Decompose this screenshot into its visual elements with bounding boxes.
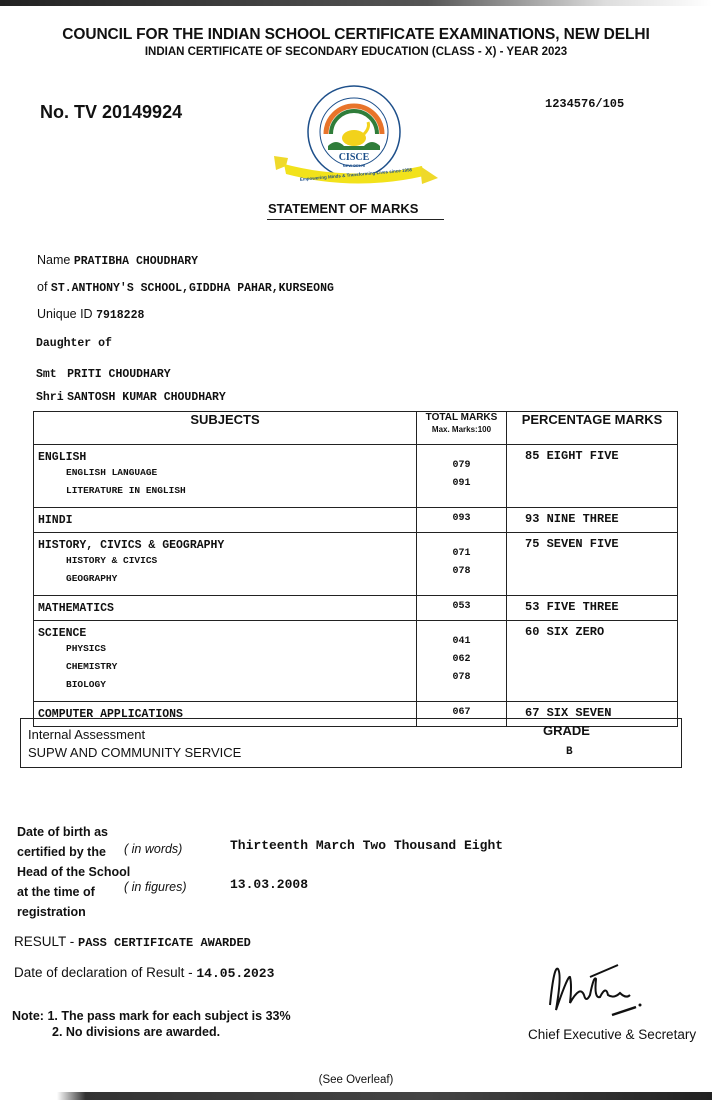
subject-marks: 093 [417,508,506,528]
dob-in-words: Thirteenth March Two Thousand Eight [230,838,503,853]
candidate-name: PRATIBHA CHOUDHARY [74,255,198,268]
council-heading: COUNCIL FOR THE INDIAN SCHOOL CERTIFICAT… [0,26,712,44]
part-marks: 091 [417,475,506,493]
exam-heading: INDIAN CERTIFICATE OF SECONDARY EDUCATIO… [0,46,712,58]
certificate-number: No. TV 20149924 [40,102,182,123]
grade-label: GRADE [543,723,590,738]
declaration-line: Date of declaration of Result - 14.05.20… [14,965,274,981]
subject-name: HINDI [34,508,416,527]
subject-name: ENGLISH [34,445,416,464]
table-row: MATHEMATICS05353 FIVE THREE [34,596,678,621]
part-marks: 071 [417,545,506,563]
percentage-marks: 53 FIVE THREE [507,596,677,614]
dob-in-figures: 13.03.2008 [230,877,308,892]
subject-name: MATHEMATICS [34,596,416,615]
scan-edge-top [0,0,712,6]
supw-grade: B [566,746,573,758]
reference-number: 1234576/105 [545,97,624,111]
marks-cell: 079091 [417,445,507,508]
father-line: Shri SANTOSH KUMAR CHOUDHARY [36,389,226,404]
school-name: ST.ANTHONY'S SCHOOL,GIDDHA PAHAR,KURSEON… [51,282,334,295]
marks-table-header: SUBJECTS TOTAL MARKS Max. Marks:100 PERC… [34,412,678,445]
title-underline [267,219,444,220]
subject-part: ENGLISH LANGUAGE [34,464,416,482]
percentage-cell: 53 FIVE THREE [507,596,678,621]
unique-id-line: Unique ID 7918228 [37,307,144,322]
subject-cell: HISTORY, CIVICS & GEOGRAPHYHISTORY & CIV… [34,533,417,596]
percentage-cell: 60 SIX ZERO [507,621,678,702]
school-line: of ST.ANTHONY'S SCHOOL,GIDDHA PAHAR,KURS… [37,280,334,295]
header-subjects: SUBJECTS [34,412,417,445]
logo-ribbon-icon: Empowering Minds & Transforming Lives si… [272,152,440,188]
percentage-marks: 85 EIGHT FIVE [507,445,677,463]
percentage-marks: 75 SEVEN FIVE [507,533,677,551]
candidate-name-line: Name PRATIBHA CHOUDHARY [37,253,198,268]
subject-name: SCIENCE [34,621,416,640]
marks-cell: 041062078 [417,621,507,702]
percentage-marks: 60 SIX ZERO [507,621,677,639]
see-overleaf: (See Overleaf) [0,1074,712,1086]
result-value: PASS CERTIFICATE AWARDED [78,936,251,950]
header-total-marks: TOTAL MARKS Max. Marks:100 [417,412,507,445]
percentage-cell: 85 EIGHT FIVE [507,445,678,508]
table-row: HINDI09393 NINE THREE [34,508,678,533]
internal-assessment-label: Internal Assessment [28,727,145,742]
subject-part: HISTORY & CIVICS [34,552,416,570]
subject-cell: SCIENCEPHYSICSCHEMISTRYBIOLOGY [34,621,417,702]
subject-cell: MATHEMATICS [34,596,417,621]
subject-part: LITERATURE IN ENGLISH [34,482,416,500]
subject-part: GEOGRAPHY [34,570,416,588]
part-marks: 062 [417,651,506,669]
signatory-title: Chief Executive & Secretary [528,1027,696,1042]
internal-assessment-box: Internal Assessment SUPW AND COMMUNITY S… [20,718,682,768]
percentage-cell: 75 SEVEN FIVE [507,533,678,596]
header-percentage: PERCENTAGE MARKS [507,412,678,445]
signature-icon [540,955,660,1025]
subject-part: BIOLOGY [34,676,416,694]
subject-part: PHYSICS [34,640,416,658]
document-title: STATEMENT OF MARKS [268,201,418,216]
percentage-cell: 93 NINE THREE [507,508,678,533]
part-marks: 078 [417,669,506,687]
marks-table: SUBJECTS TOTAL MARKS Max. Marks:100 PERC… [33,411,678,727]
marks-cell: 093 [417,508,507,533]
subject-cell: ENGLISHENGLISH LANGUAGELITERATURE IN ENG… [34,445,417,508]
dob-words-label: ( in words) [124,842,182,856]
dob-label: Date of birth as certified by the Head o… [17,822,130,922]
supw-subject: SUPW AND COMMUNITY SERVICE [28,745,241,760]
subject-marks: 053 [417,596,506,616]
dob-figures-label: ( in figures) [124,880,187,894]
part-marks: 041 [417,633,506,651]
subject-part: CHEMISTRY [34,658,416,676]
table-row: SCIENCEPHYSICSCHEMISTRYBIOLOGY0410620786… [34,621,678,702]
table-row: HISTORY, CIVICS & GEOGRAPHYHISTORY & CIV… [34,533,678,596]
mother-line: Smt PRITI CHOUDHARY [36,366,171,381]
percentage-marks: 93 NINE THREE [507,508,677,526]
notes: Note: 1. The pass mark for each subject … [12,1008,291,1040]
father-name: SANTOSH KUMAR CHOUDHARY [67,391,226,404]
marks-cell: 071078 [417,533,507,596]
part-marks: 078 [417,563,506,581]
mother-name: PRITI CHOUDHARY [67,368,171,381]
subject-name: HISTORY, CIVICS & GEOGRAPHY [34,533,416,552]
subject-cell: HINDI [34,508,417,533]
relation-line: Daughter of [36,335,112,350]
declaration-date: 14.05.2023 [196,966,274,981]
unique-id: 7918228 [96,309,144,322]
result-line: RESULT - PASS CERTIFICATE AWARDED [14,934,251,950]
part-marks: 079 [417,457,506,475]
table-row: ENGLISHENGLISH LANGUAGELITERATURE IN ENG… [34,445,678,508]
scan-edge-bottom [0,1092,712,1100]
marks-cell: 053 [417,596,507,621]
